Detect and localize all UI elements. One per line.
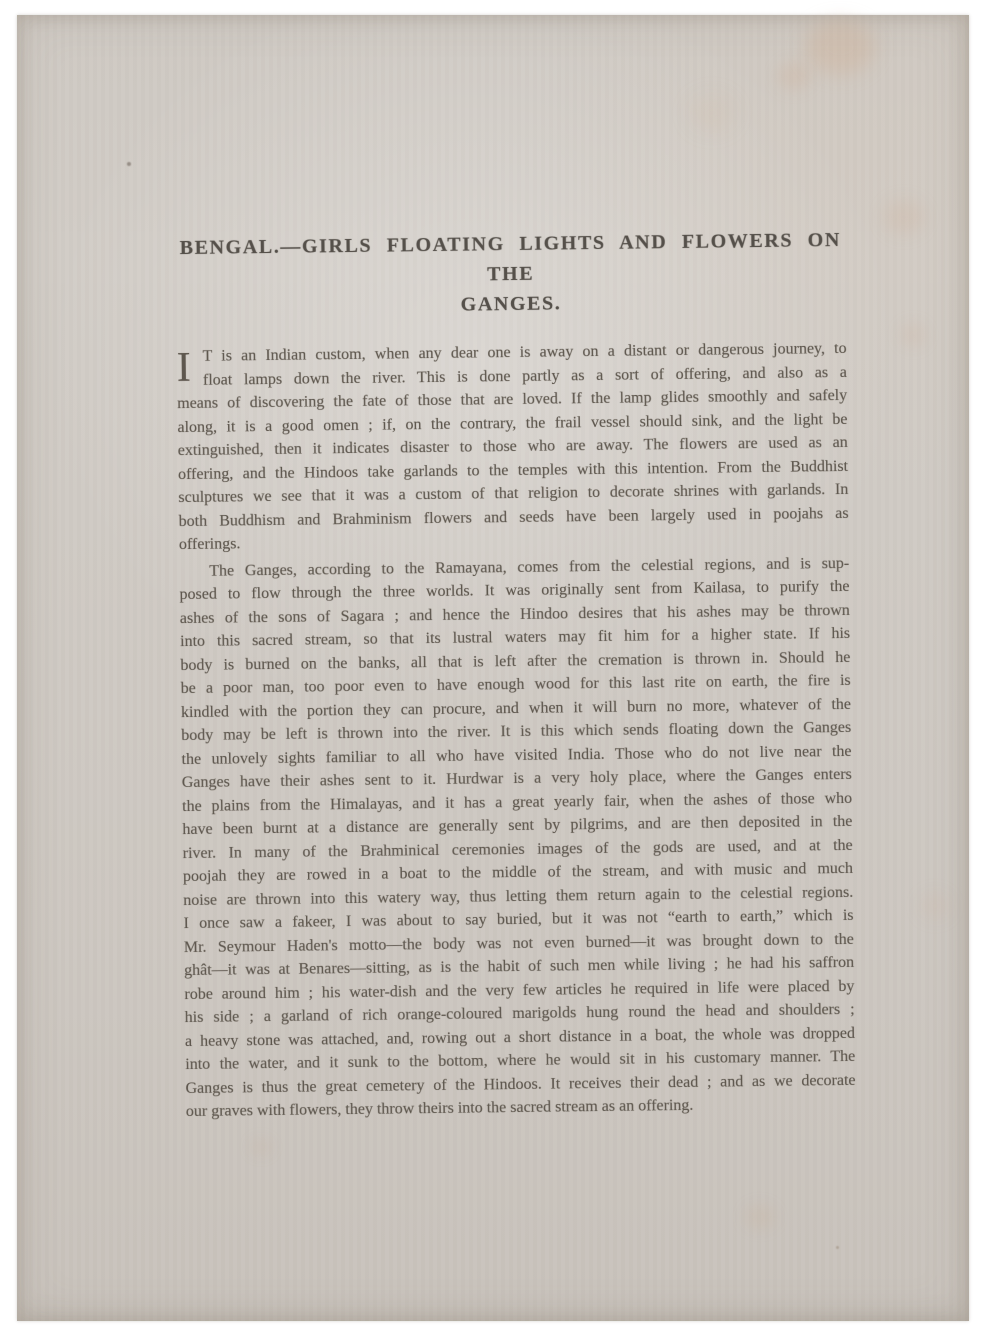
body-text: IT is an Indian custom, when any dear on… — [176, 337, 855, 1124]
foxing-spot — [745, 1205, 775, 1229]
foxing-spot — [777, 62, 811, 90]
foxing-spot — [250, 1138, 272, 1156]
ink-speck — [836, 1246, 839, 1249]
foxing-spot — [884, 200, 924, 234]
scan-backdrop: { "page": { "title_line1": "BENGAL.—GIRL… — [0, 0, 988, 1339]
foxing-spot — [805, 20, 875, 75]
page-title: BENGAL.—GIRLS FLOATING LIGHTS AND FLOWER… — [175, 225, 846, 323]
page-title-line-1: BENGAL.—GIRLS FLOATING LIGHTS AND FLOWER… — [175, 225, 846, 293]
ink-speck — [127, 162, 131, 166]
foxing-spot — [690, 95, 734, 131]
foxing-spot — [920, 893, 950, 919]
printed-text-block: BENGAL.—GIRLS FLOATING LIGHTS AND FLOWER… — [175, 225, 856, 1124]
paragraph: The Ganges, according to the Ramayana, c… — [179, 551, 856, 1123]
paragraph: IT is an Indian custom, when any dear on… — [176, 337, 849, 557]
book-page: BENGAL.—GIRLS FLOATING LIGHTS AND FLOWER… — [17, 15, 969, 1321]
foxing-spot — [900, 323, 926, 347]
